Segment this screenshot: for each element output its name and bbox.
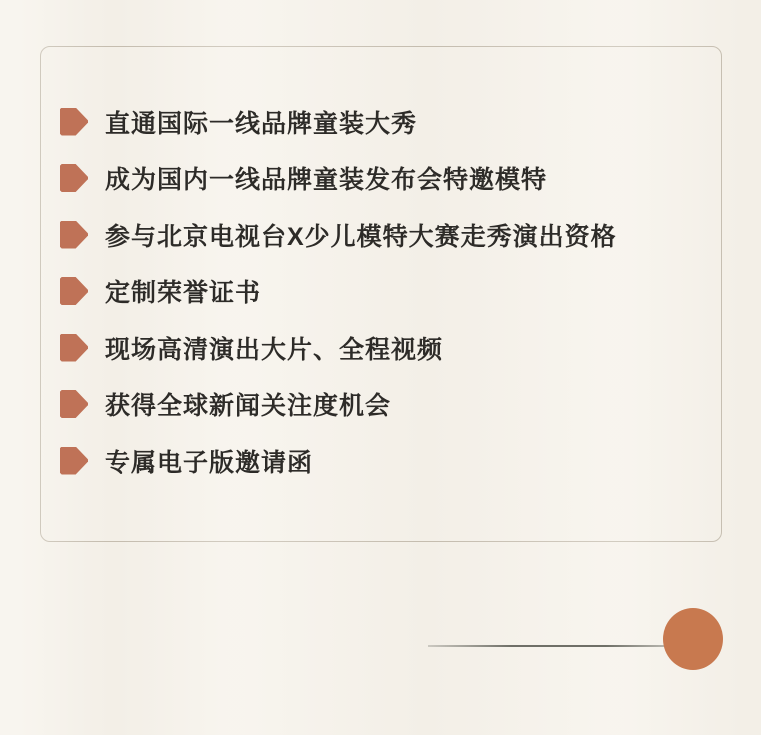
list-item: 成为国内一线品牌童装发布会特邀模特 bbox=[60, 164, 617, 193]
arrow-bullet-icon bbox=[60, 390, 88, 418]
decorative-line bbox=[428, 645, 665, 647]
poster-page: { "page": { "background_color": "#f6f2ea… bbox=[0, 0, 761, 735]
list-item: 现场高清演出大片、全程视频 bbox=[60, 333, 617, 362]
benefit-label: 成为国内一线品牌童装发布会特邀模特 bbox=[105, 160, 547, 196]
list-item: 参与北京电视台X少儿模特大赛走秀演出资格 bbox=[60, 220, 617, 249]
benefit-label: 参与北京电视台X少儿模特大赛走秀演出资格 bbox=[105, 217, 617, 253]
benefit-label: 直通国际一线品牌童装大秀 bbox=[105, 104, 417, 140]
list-item: 定制荣誉证书 bbox=[60, 277, 617, 306]
decorative-circle bbox=[663, 608, 723, 670]
benefit-label: 现场高清演出大片、全程视频 bbox=[105, 330, 443, 366]
arrow-bullet-icon bbox=[60, 334, 88, 362]
arrow-bullet-icon bbox=[60, 447, 88, 475]
arrow-bullet-icon bbox=[60, 164, 88, 192]
benefits-list: 直通国际一线品牌童装大秀 成为国内一线品牌童装发布会特邀模特 参与北京电视台X少… bbox=[60, 107, 617, 503]
benefit-label: 获得全球新闻关注度机会 bbox=[105, 386, 391, 422]
list-item: 获得全球新闻关注度机会 bbox=[60, 390, 617, 419]
benefit-label: 定制荣誉证书 bbox=[105, 273, 261, 309]
list-item: 专属电子版邀请函 bbox=[60, 446, 617, 475]
arrow-bullet-icon bbox=[60, 108, 88, 136]
arrow-bullet-icon bbox=[60, 221, 88, 249]
list-item: 直通国际一线品牌童装大秀 bbox=[60, 107, 617, 136]
arrow-bullet-icon bbox=[60, 277, 88, 305]
benefit-label: 专属电子版邀请函 bbox=[105, 443, 313, 479]
